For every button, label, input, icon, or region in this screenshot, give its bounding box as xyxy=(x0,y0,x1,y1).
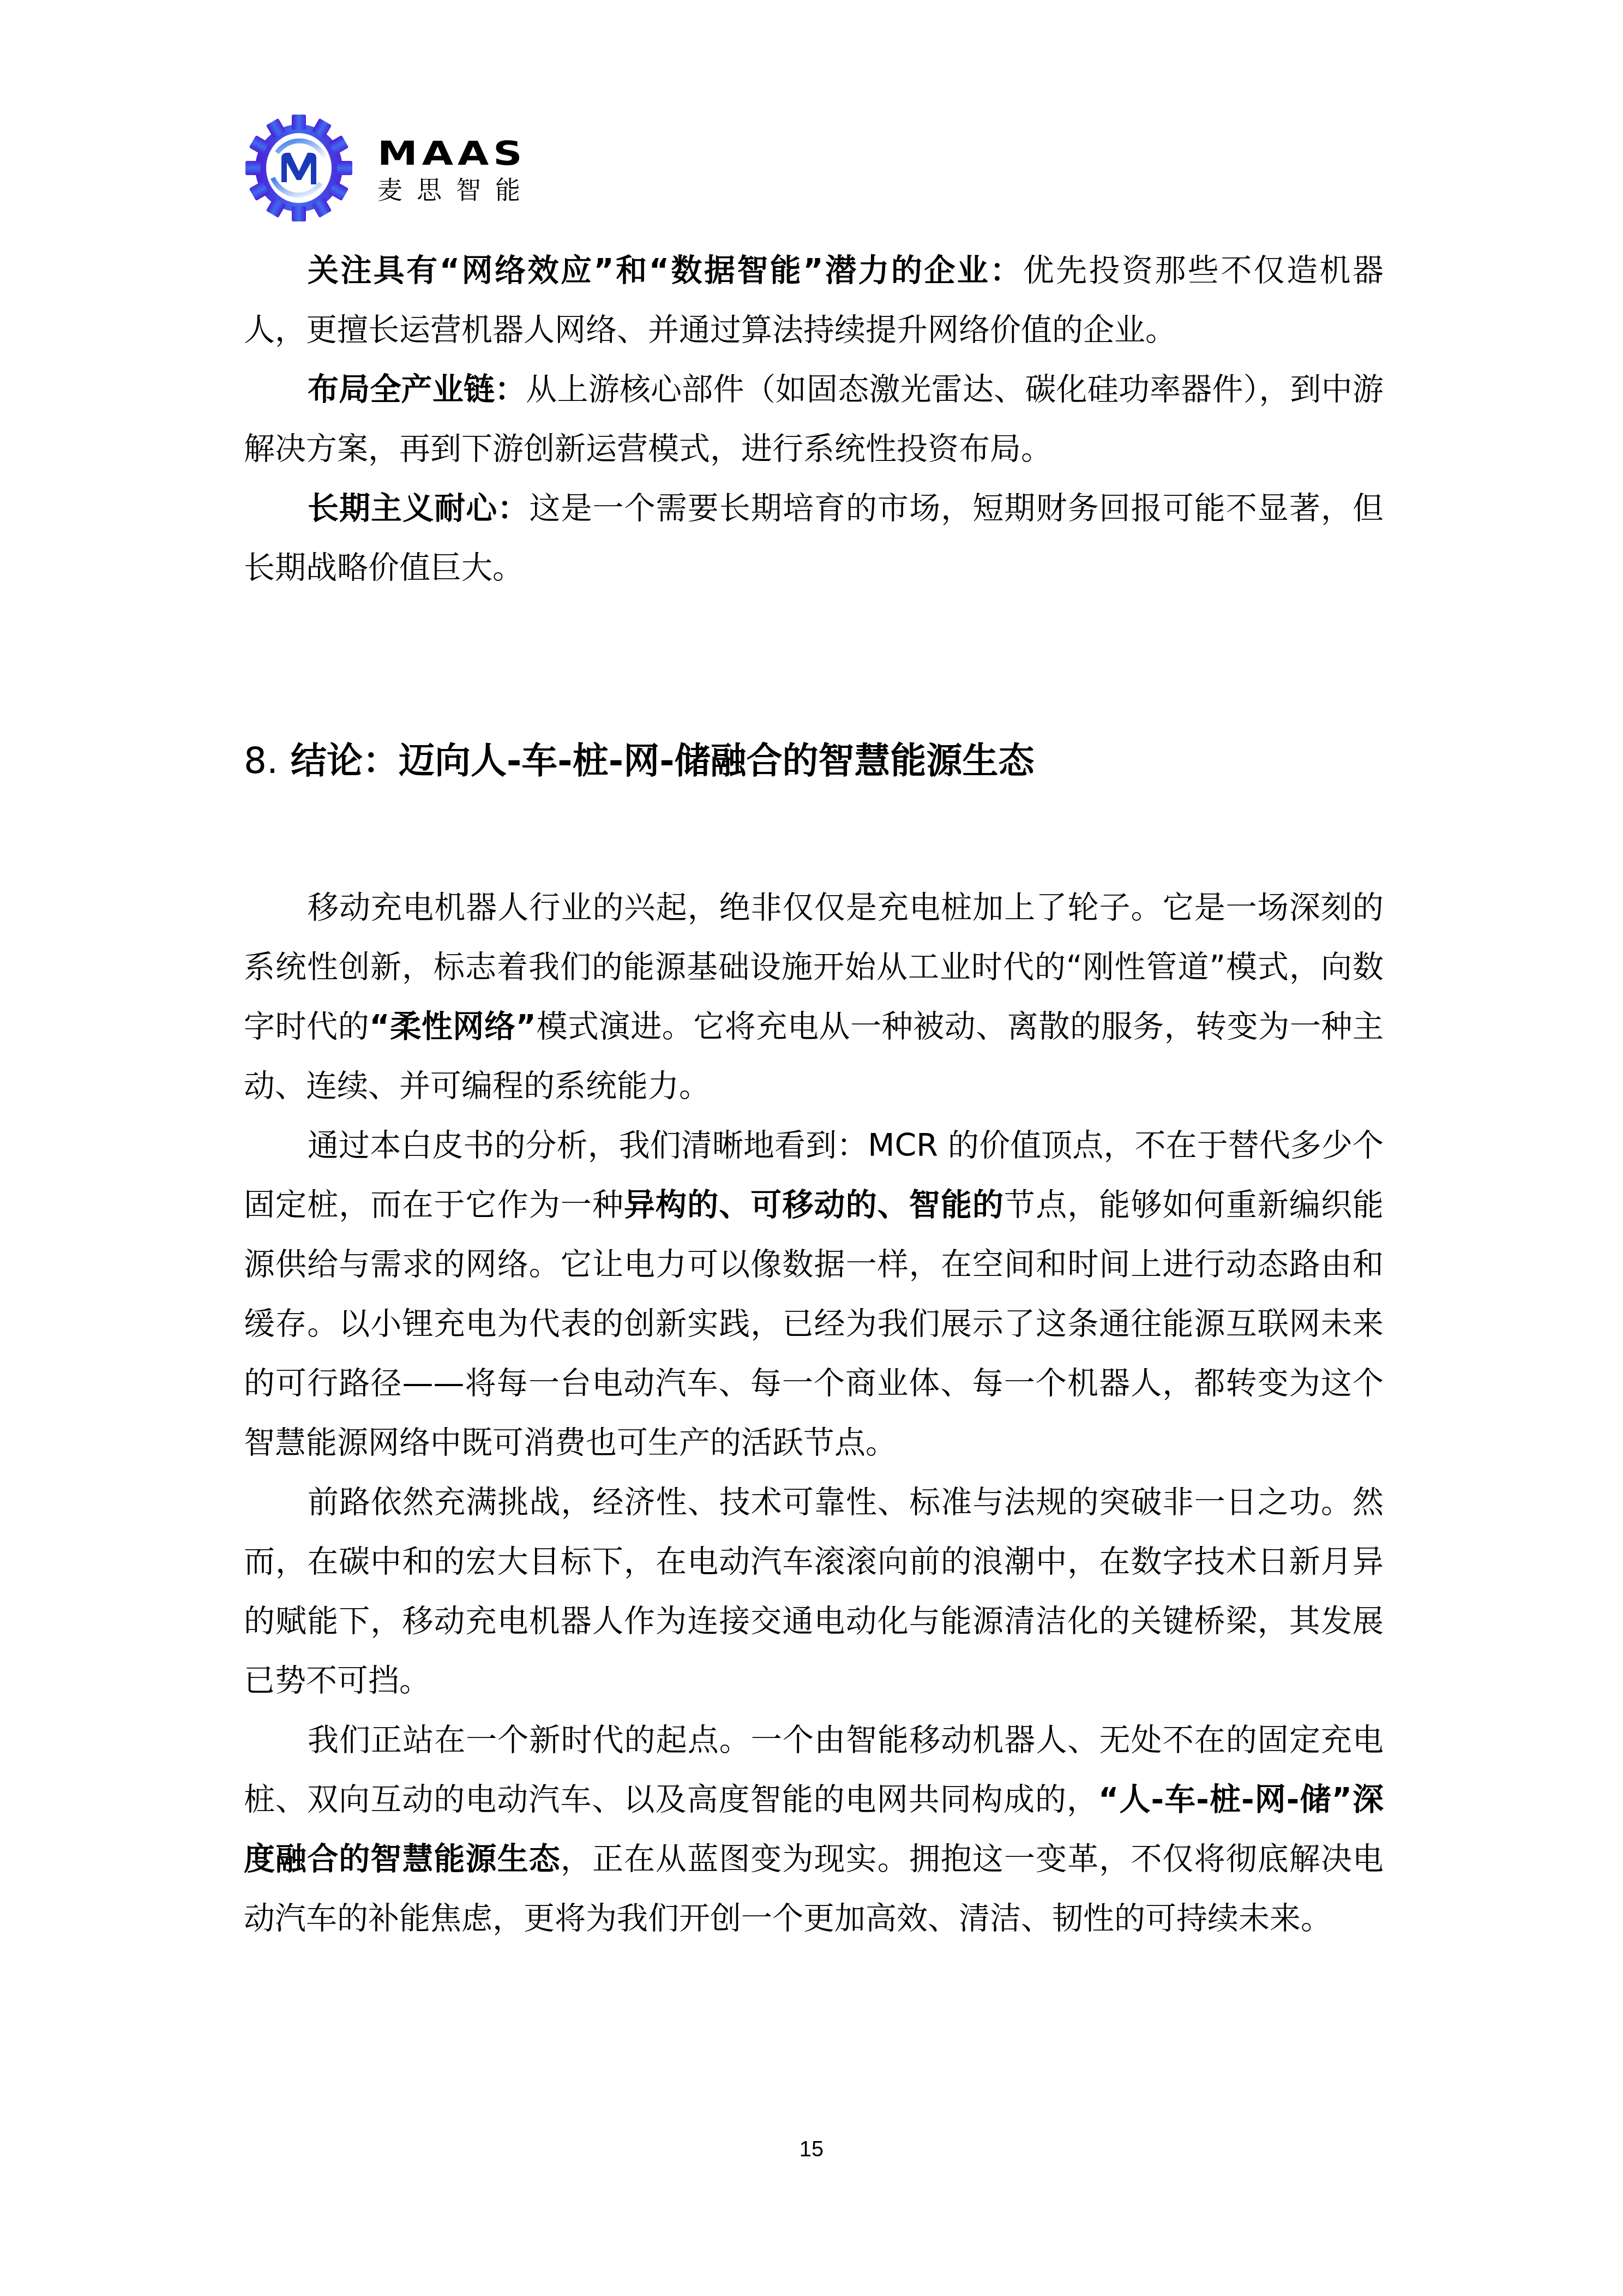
section-number: 8. xyxy=(244,740,278,782)
paragraph-lead: 长期主义耐心： xyxy=(308,490,529,526)
section-title: 结论：迈向人-车-桩-网-储融合的智慧能源生态 xyxy=(291,740,1035,782)
logo-chinese-name: 麦思智能 xyxy=(377,173,534,206)
paragraph: 前路依然充满挑战，经济性、技术可靠性、标准与法规的突破非一日之功。然而，在碳中和… xyxy=(244,1473,1384,1711)
paragraph-long-term: 长期主义耐心：这是一个需要长期培育的市场，短期财务回报可能不显著，但长期战略价值… xyxy=(244,479,1384,598)
paragraph-full-chain: 布局全产业链：从上游核心部件（如固态激光雷达、碳化硅功率器件），到中游解决方案，… xyxy=(244,360,1384,479)
paragraph-lead: 布局全产业链： xyxy=(308,371,526,407)
company-logo: MAAS 麦思智能 xyxy=(244,113,534,223)
paragraph-lead: 关注具有“网络效应”和“数据智能”潜力的企业： xyxy=(308,253,1023,289)
paragraph-network-effect: 关注具有“网络效应”和“数据智能”潜力的企业：优先投资那些不仅造机器人，更擅长运… xyxy=(244,241,1384,360)
conclusion-body: 移动充电机器人行业的兴起，绝非仅仅是充电桩加上了轮子。它是一场深刻的系统性创新，… xyxy=(244,878,1384,1949)
section-heading: 8. 结论：迈向人-车-桩-网-储融合的智慧能源生态 xyxy=(244,731,1035,791)
paragraph: 通过本白皮书的分析，我们清晰地看到：MCR 的价值顶点，不在于替代多少个固定桩，… xyxy=(244,1116,1384,1473)
intro-section: 关注具有“网络效应”和“数据智能”潜力的企业：优先投资那些不仅造机器人，更擅长运… xyxy=(244,241,1384,598)
paragraph: 我们正站在一个新时代的起点。一个由智能移动机器人、无处不在的固定充电桩、双向互动… xyxy=(244,1711,1384,1949)
paragraph: 移动充电机器人行业的兴起，绝非仅仅是充电桩加上了轮子。它是一场深刻的系统性创新，… xyxy=(244,878,1384,1116)
logo-wordmark: MAAS xyxy=(377,137,534,170)
gear-m-logo-icon xyxy=(244,113,353,223)
page-number: 15 xyxy=(0,2137,1623,2162)
